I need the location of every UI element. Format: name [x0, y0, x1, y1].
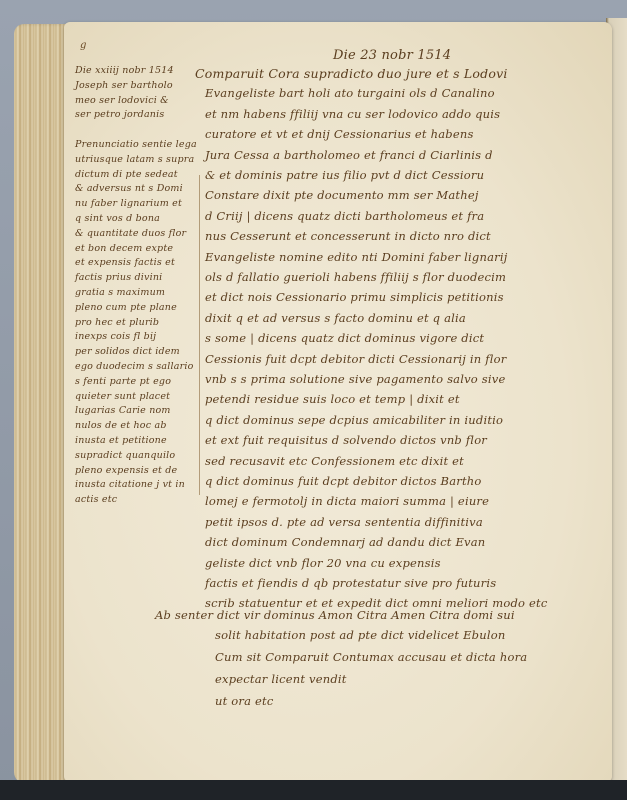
margin-note-line: ser petro jordanis — [75, 106, 164, 123]
main-text-line: curatore et vt et dnij Cessionarius et h… — [205, 127, 474, 141]
footer-text-line: Cum sit Comparuit Contumax accusau et di… — [215, 650, 527, 664]
main-text-line: Jura Cessa a bartholomeo et franci d Cia… — [205, 148, 493, 162]
main-text-line: vnb s s prima solutione sive pagamento s… — [205, 372, 505, 386]
margin-note-line: actis etc — [75, 491, 117, 508]
footer-text-line: Ab senter dict vir dominus Amon Citra Am… — [155, 608, 515, 622]
main-text-line: q dict dominus sepe dcpius amicabiliter … — [205, 413, 503, 427]
main-text-line: factis et fiendis d qb protestatur sive … — [205, 576, 496, 590]
main-text-line: petendi residue suis loco et temp | dixi… — [205, 392, 460, 406]
main-text-line: et nm habens ffiliij vna cu ser lodovico… — [205, 107, 500, 121]
main-text-line: et dict nois Cessionario primu simplicis… — [205, 290, 504, 304]
main-text-line: nus Cesserunt et concesserunt in dicto n… — [205, 229, 491, 243]
bottom-shadow — [0, 780, 627, 800]
margin-rule-line — [199, 175, 200, 495]
main-text-line: geliste dict vnb flor 20 vna cu expensis — [205, 556, 441, 570]
footer-text-line: solit habitation post ad pte dict videli… — [215, 628, 505, 642]
main-text-line: Evangeliste nomine edito nti Domini fabe… — [205, 250, 507, 264]
main-text-line: Comparuit Cora supradicto duo jure et s … — [195, 66, 508, 81]
main-text-line: dict dominum Condemnarj ad dandu dict Ev… — [205, 535, 485, 549]
main-text-line: lomej e fermotolj in dicta maiori summa … — [205, 494, 489, 508]
main-text-line: q dict dominus fuit dcpt debitor dictos … — [205, 474, 482, 488]
main-text-line: & et dominis patre ius filio pvt d dict … — [205, 168, 484, 182]
corner-mark: g — [80, 40, 86, 51]
main-text-line: petit ipsos d. pte ad versa sententia di… — [205, 515, 483, 529]
main-text-line: Constare dixit pte documento mm ser Math… — [205, 188, 479, 202]
footer-text-line: ut ora etc — [215, 694, 273, 708]
main-text-line: d Criij | dicens quatz dicti bartholomeu… — [205, 209, 484, 223]
header-date: Die 23 nobr 1514 — [333, 48, 451, 63]
main-text-line: ols d fallatio guerioli habens ffiliij s… — [205, 270, 506, 284]
footer-text-line: expectar licent vendit — [215, 672, 347, 686]
main-text-line: et ext fuit requisitus d solvendo dictos… — [205, 433, 487, 447]
main-text-line: Evangeliste bart holi ato turgaini ols d… — [205, 86, 495, 100]
main-text-line: Cessionis fuit dcpt debitor dicti Cessio… — [205, 352, 506, 366]
main-text-line: s some | dicens quatz dict dominus vigor… — [205, 331, 484, 345]
main-text-line: dixit q et ad versus s facto dominu et q… — [205, 311, 466, 325]
main-text-line: sed recusavit etc Confessionem etc dixit… — [205, 454, 464, 468]
